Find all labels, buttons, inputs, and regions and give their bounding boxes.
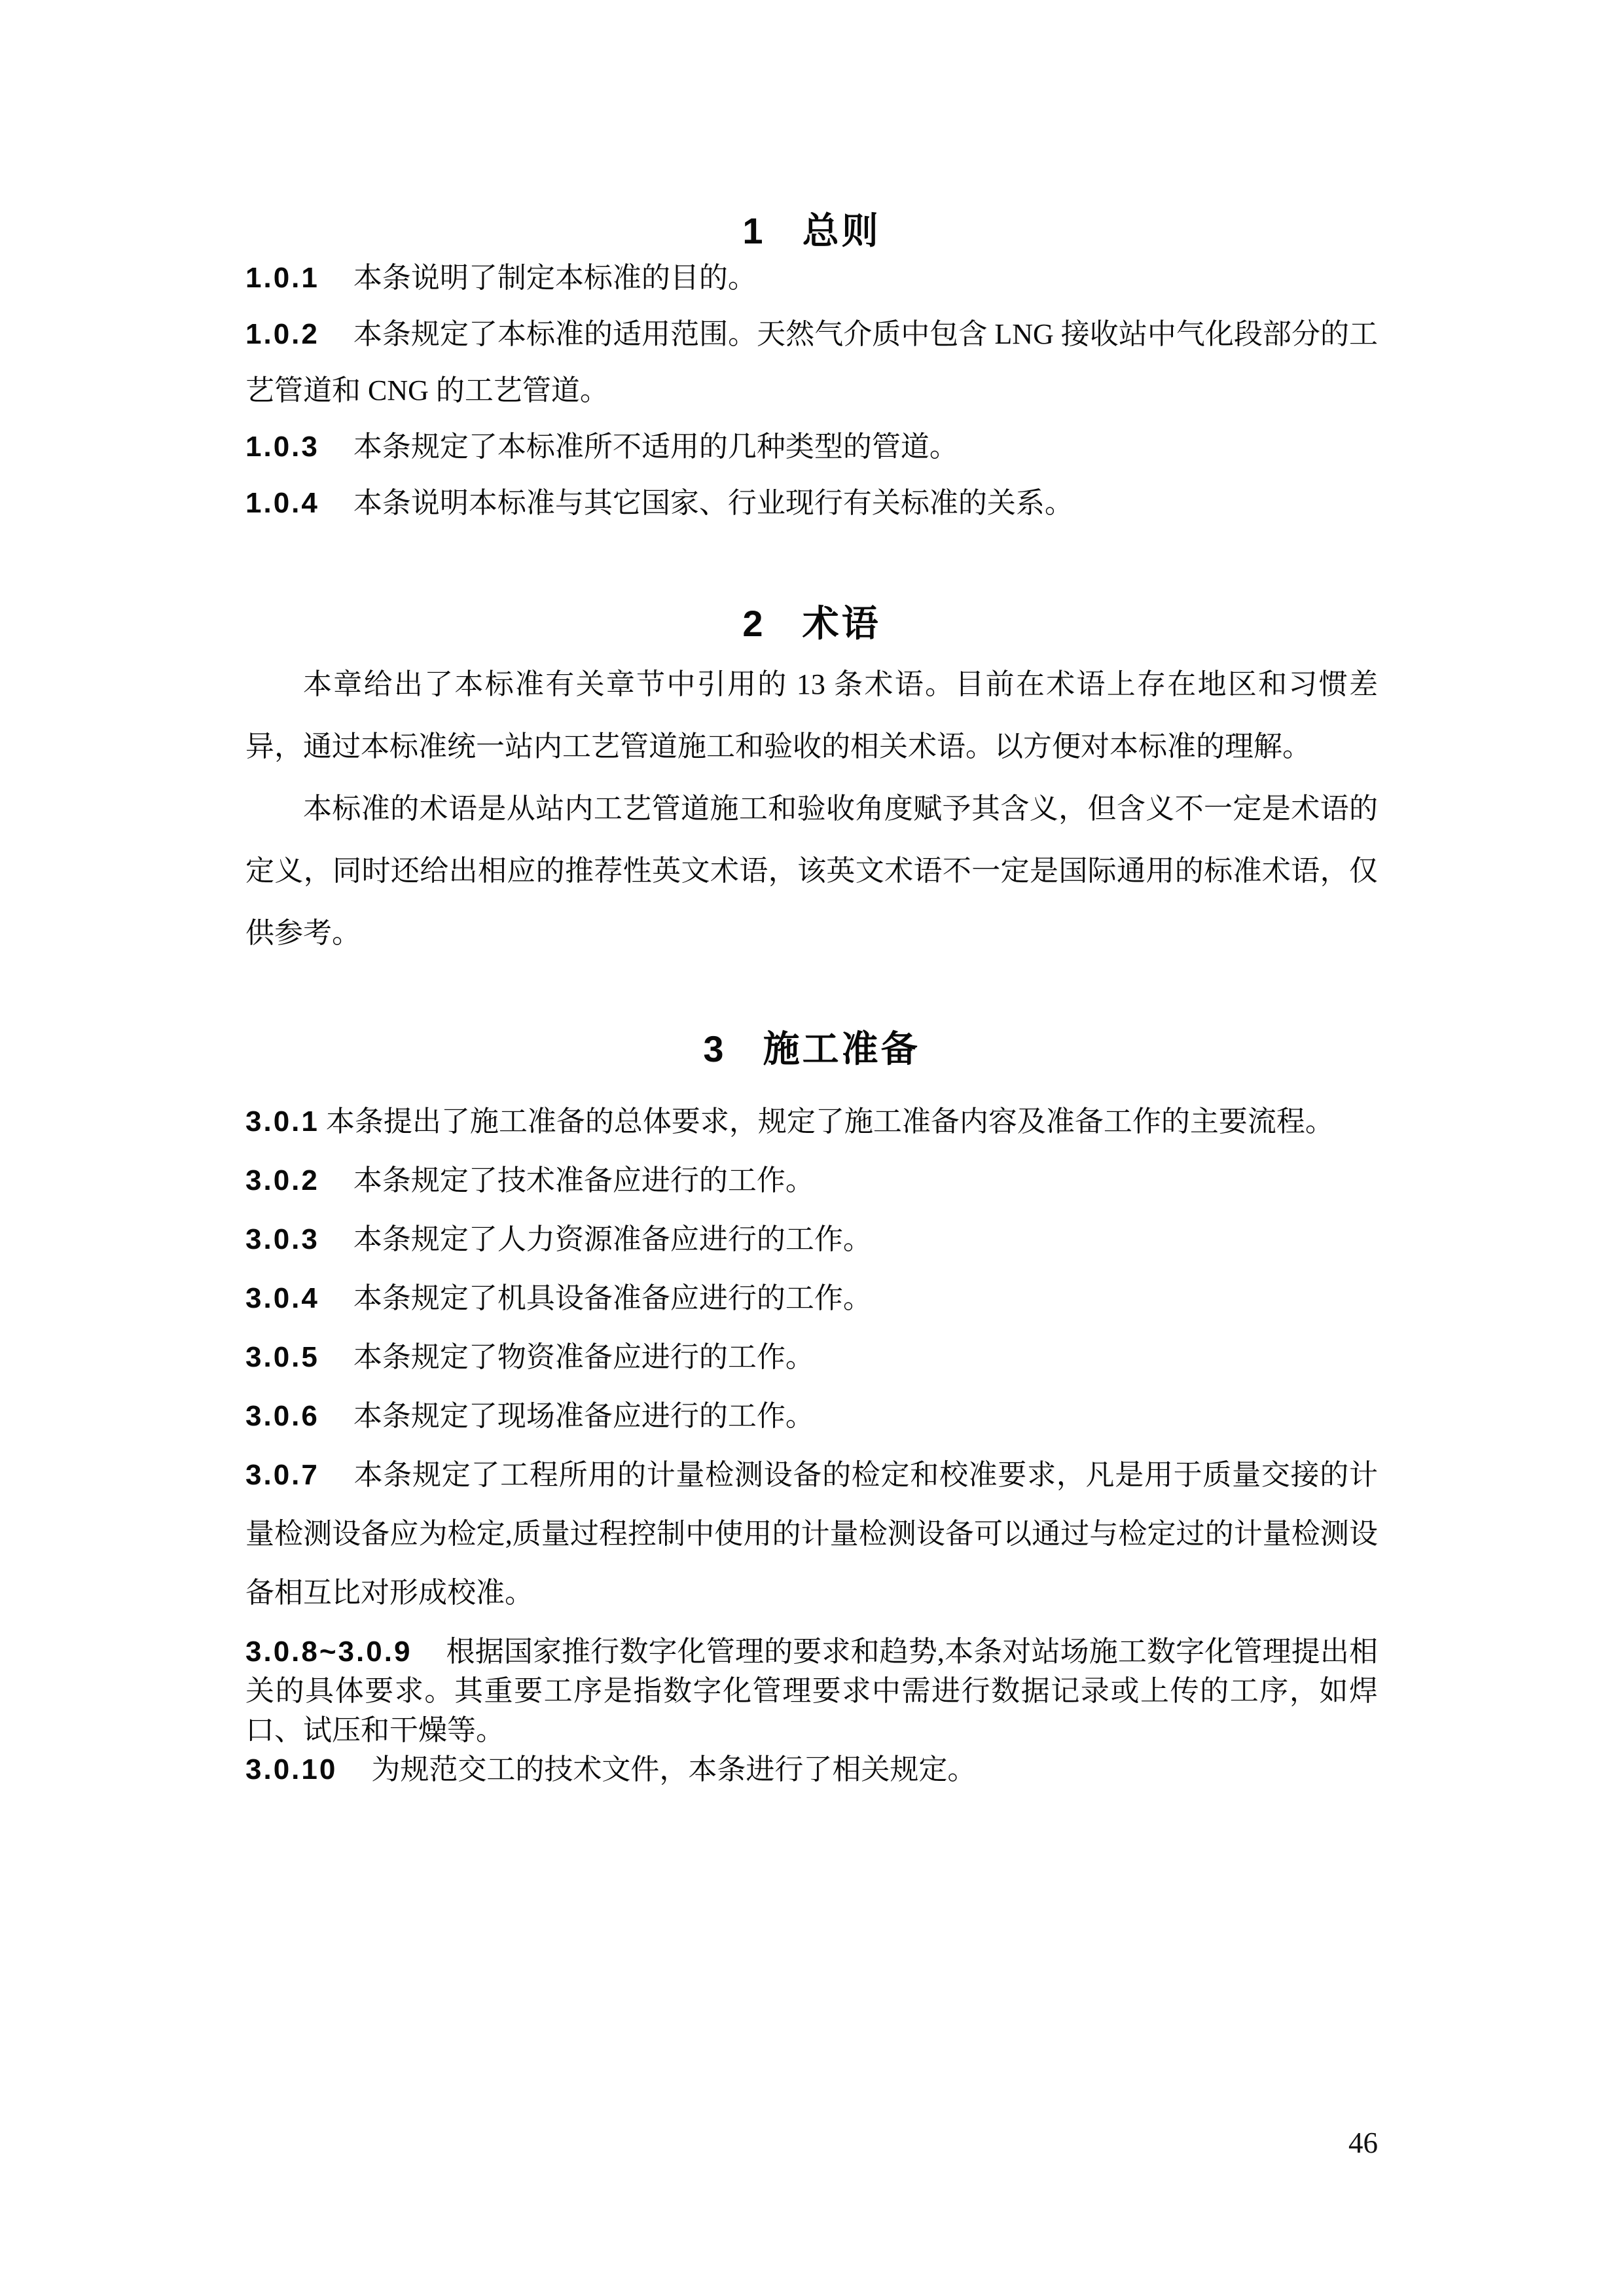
clause-number: 1.0.3 <box>245 431 319 463</box>
chapter-3-body-lower: 3.0.8~3.0.9根据国家推行数字化管理的要求和趋势,本条对站场施工数字化管… <box>245 1632 1378 1789</box>
chapter-number: 2 <box>742 603 764 644</box>
clause-number: 3.0.3 <box>245 1223 319 1255</box>
clause-text: 本条规定了物资准备应进行的工作。 <box>353 1341 814 1373</box>
clause-text: 为规范交工的技术文件，本条进行了相关规定。 <box>371 1753 976 1785</box>
clause: 3.0.10为规范交工的技术文件，本条进行了相关规定。 <box>245 1750 1378 1789</box>
clause-text: 本条规定了工程所用的计量检测设备的检定和校准要求，凡是用于质量交接的计量检测设备… <box>245 1459 1378 1609</box>
page-number: 46 <box>1348 2127 1378 2159</box>
clause: 3.0.2本条规定了技术准备应进行的工作。 <box>245 1151 1378 1210</box>
clause-text: 本条规定了现场准备应进行的工作。 <box>353 1400 814 1432</box>
clause: 1.0.3本条规定了本标准所不适用的几种类型的管道。 <box>245 419 1378 475</box>
clause: 1.0.2本条规定了本标准的适用范围。天然气介质中包含 LNG 接收站中气化段部… <box>245 306 1378 419</box>
clause-text: 本条规定了机具设备准备应进行的工作。 <box>353 1282 872 1314</box>
clause-number: 3.0.1 <box>245 1105 319 1138</box>
clause-number: 3.0.10 <box>245 1753 337 1785</box>
clause: 3.0.6本条规定了现场准备应进行的工作。 <box>245 1387 1378 1446</box>
clause: 3.0.3本条规定了人力资源准备应进行的工作。 <box>245 1210 1378 1269</box>
clause-number: 1.0.1 <box>245 262 319 294</box>
clause-number: 3.0.4 <box>245 1282 319 1314</box>
clause-number: 3.0.5 <box>245 1341 319 1373</box>
clause: 3.0.8~3.0.9根据国家推行数字化管理的要求和趋势,本条对站场施工数字化管… <box>245 1632 1378 1750</box>
clause-number: 3.0.6 <box>245 1400 319 1432</box>
paragraph: 本章给出了本标准有关章节中引用的 13 条术语。目前在术语上存在地区和习惯差异，… <box>245 653 1378 778</box>
clause-number: 3.0.7 <box>245 1459 319 1491</box>
clause-text: 本条规定了本标准所不适用的几种类型的管道。 <box>353 431 958 463</box>
clause: 3.0.1本条提出了施工准备的总体要求，规定了施工准备内容及准备工作的主要流程。 <box>245 1092 1378 1151</box>
clause-text: 本条规定了人力资源准备应进行的工作。 <box>353 1223 872 1255</box>
chapter-number: 1 <box>742 210 764 251</box>
chapter-title: 施工准备 <box>763 1028 920 1069</box>
paragraph: 本标准的术语是从站内工艺管道施工和验收角度赋予其含义，但含义不一定是术语的定义，… <box>245 778 1378 964</box>
clause-number: 1.0.2 <box>245 318 319 350</box>
clause-text: 本条规定了本标准的适用范围。天然气介质中包含 LNG 接收站中气化段部分的工艺管… <box>245 318 1378 406</box>
chapter-title: 术语 <box>803 603 881 644</box>
chapter-3-body-upper: 3.0.1本条提出了施工准备的总体要求，规定了施工准备内容及准备工作的主要流程。… <box>245 1092 1378 1623</box>
clause-text: 本条说明了制定本标准的目的。 <box>353 262 757 294</box>
clause: 3.0.7本条规定了工程所用的计量检测设备的检定和校准要求，凡是用于质量交接的计… <box>245 1446 1378 1623</box>
chapter-number: 3 <box>703 1028 725 1069</box>
clause: 1.0.4本条说明本标准与其它国家、行业现行有关标准的关系。 <box>245 475 1378 531</box>
chapter-heading-3: 3施工准备 <box>245 1026 1378 1072</box>
page-content: 1总则 1.0.1本条说明了制定本标准的目的。 1.0.2本条规定了本标准的适用… <box>245 208 1378 1789</box>
clause-text: 根据国家推行数字化管理的要求和趋势,本条对站场施工数字化管理提出相关的具体要求。… <box>245 1636 1378 1746</box>
clause-number: 3.0.8~3.0.9 <box>245 1636 412 1668</box>
clause-text: 本条说明本标准与其它国家、行业现行有关标准的关系。 <box>353 487 1074 519</box>
clause-text: 本条规定了技术准备应进行的工作。 <box>353 1164 814 1196</box>
chapter-heading-1: 1总则 <box>245 208 1378 254</box>
clause: 1.0.1本条说明了制定本标准的目的。 <box>245 250 1378 306</box>
chapter-1-body: 1.0.1本条说明了制定本标准的目的。 1.0.2本条规定了本标准的适用范围。天… <box>245 250 1378 531</box>
clause-number: 3.0.2 <box>245 1164 319 1196</box>
clause: 3.0.4本条规定了机具设备准备应进行的工作。 <box>245 1269 1378 1328</box>
chapter-heading-2: 2术语 <box>245 601 1378 647</box>
clause-number: 1.0.4 <box>245 487 319 519</box>
clause: 3.0.5本条规定了物资准备应进行的工作。 <box>245 1328 1378 1387</box>
document-page: 1总则 1.0.1本条说明了制定本标准的目的。 1.0.2本条规定了本标准的适用… <box>0 0 1624 2296</box>
chapter-2-body: 本章给出了本标准有关章节中引用的 13 条术语。目前在术语上存在地区和习惯差异，… <box>245 653 1378 964</box>
clause-text: 本条提出了施工准备的总体要求，规定了施工准备内容及准备工作的主要流程。 <box>326 1105 1334 1138</box>
chapter-title: 总则 <box>803 210 881 251</box>
